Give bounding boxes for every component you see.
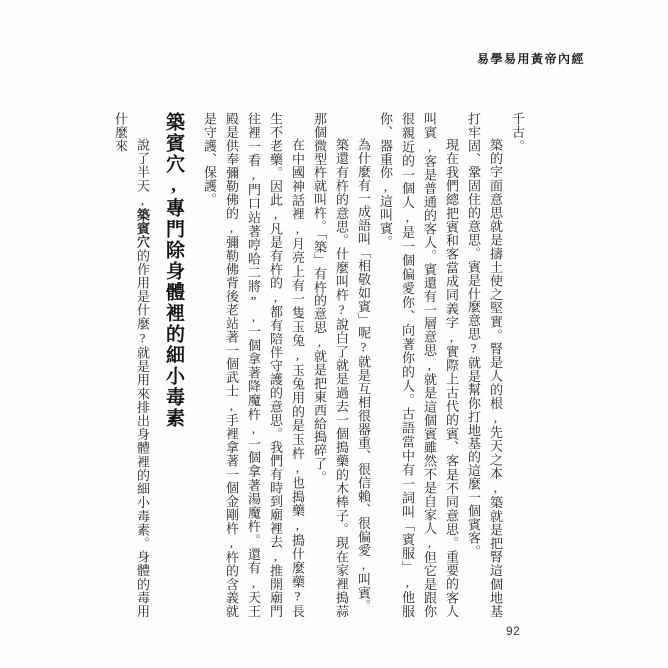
- emphasized-term: 築賓穴: [135, 208, 150, 249]
- paragraph-text: 說了半天,: [135, 138, 150, 208]
- paragraph: 築還有杵的意思。什麼叫杵?說白了就是過去一個搗藥的木棒子。現在家裡搗蒜那個微型杵…: [308, 112, 352, 618]
- book-page: 易學易用黃帝內經 千古。 築的字面意思就是擣土使之堅實。腎是人的根,先天之本,築…: [0, 0, 668, 668]
- paragraph: 現在我們總把賓和客當成同義字,實際上古代的賓、客是不同意思。重要的客人叫賓,客是…: [374, 112, 462, 618]
- section-heading: 築賓穴,專門除身體裡的細小毒素: [158, 112, 189, 618]
- paragraph: 為什麼有一成語叫「相敬如賓」呢?就是互相很器重、很信賴、很偏愛,叫賓。: [352, 112, 374, 618]
- running-head: 易學易用黃帝內經: [477, 50, 585, 67]
- page-number: 92: [506, 624, 520, 638]
- paragraph-tail: 千古。: [506, 112, 528, 618]
- page-content: 千古。 築的字面意思就是擣土使之堅實。腎是人的根,先天之本,築就是把腎這個地基打…: [109, 112, 528, 618]
- paragraph: 築的字面意思就是擣土使之堅實。腎是人的根,先天之本,築就是把腎這個地基打牢固、鞏…: [462, 112, 506, 618]
- paragraph: 說了半天,築賓穴的作用是什麼?就是用來排出身體裡的細小毒素。身體的毒用什麼來: [109, 112, 153, 618]
- paragraph: 在中國神話裡,月亮上有一隻玉兔,玉兔用的是玉杵,也搗藥,搗什麼藥?長生不老藥。因…: [198, 112, 308, 618]
